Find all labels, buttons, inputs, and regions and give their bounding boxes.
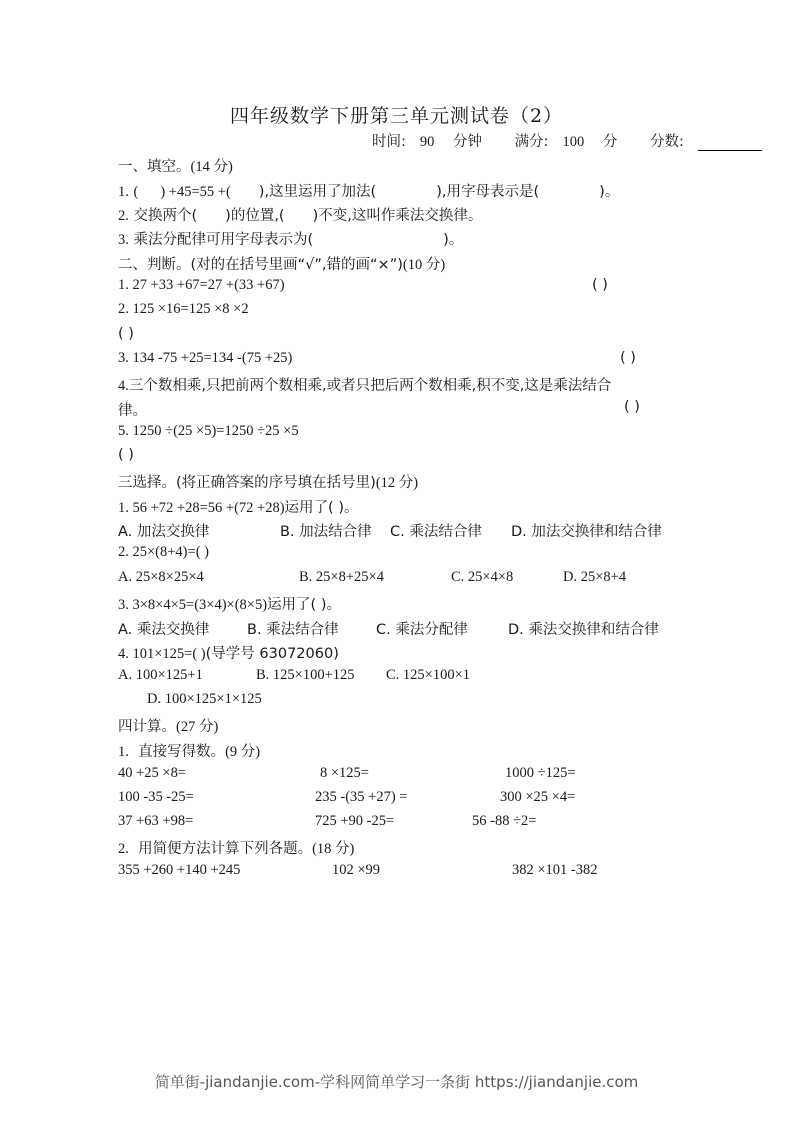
choice-option-1d[interactable]: D. 加法交换律和结合律 bbox=[511, 520, 662, 541]
score-label: 分数: bbox=[650, 134, 684, 150]
judge-answer-4[interactable]: ( ) bbox=[624, 399, 640, 415]
time-unit: 分钟 bbox=[453, 134, 482, 150]
choice-question-2: 2. 25×(8+4)=( ) bbox=[118, 544, 209, 561]
time-value: 90 bbox=[420, 134, 435, 150]
question-text: 三个数相乘,只把前两个数相乘,或者只把后两个数相乘,积不变,这是乘法结合 bbox=[129, 378, 611, 394]
choice-option-3d[interactable]: D. 乘法交换律和结合律 bbox=[508, 618, 659, 639]
fill-question-3: 3. 乘法分配律可用字母表示为()。 bbox=[118, 228, 463, 249]
judge-item-3: 3. 134 -75 +25=134 -(75 +25) bbox=[118, 350, 292, 367]
question-text: 乘法分配律可用字母表示为( bbox=[133, 232, 313, 248]
exam-meta: 时间:90 分钟 满分:100 分 分数: bbox=[372, 130, 776, 151]
judge-item-1: 1. 27 +33 +67=27 +(33 +67) bbox=[118, 277, 285, 294]
question-text: 1. 56 +72 +28=56 +(72 +28) bbox=[118, 500, 285, 516]
judge-item-4: 4.三个数相乘,只把前两个数相乘,或者只把后两个数相乘,积不变,这是乘法结合 bbox=[118, 374, 611, 395]
question-number: 1. bbox=[118, 277, 129, 293]
section-points: (10 分) bbox=[403, 257, 445, 273]
choice-option-1c[interactable]: C. 乘法结合律 bbox=[390, 520, 482, 541]
question-number: 1. bbox=[118, 184, 129, 200]
section3-heading: 三选择。(将正确答案的序号填在括号里)(12 分) bbox=[118, 471, 418, 492]
calc-item: 8 ×125= bbox=[320, 765, 369, 782]
question-number: 5. bbox=[118, 423, 129, 439]
question-text: 125 ×16=125 ×8 ×2 bbox=[133, 301, 249, 317]
question-number: 4. bbox=[118, 378, 129, 394]
judge-item-5: 5. 1250 ÷(25 ×5)=1250 ÷25 ×5 bbox=[118, 423, 299, 440]
footer-watermark: 简单街-jiandanjie.com-学科网简单学习一条街 https://ji… bbox=[0, 1071, 793, 1092]
choice-option-1b[interactable]: B. 加法结合律 bbox=[280, 520, 372, 541]
page-title: 四年级数学下册第三单元测试卷（2） bbox=[0, 101, 793, 128]
question-number: 2. bbox=[118, 301, 129, 317]
choice-option-2b[interactable]: B. 25×8+25×4 bbox=[299, 569, 384, 586]
fill-question-1: 1. () +45=55 +(),这里运用了加法(),用字母表示是()。 bbox=[118, 180, 619, 201]
judge-answer-5[interactable]: ( ) bbox=[118, 447, 134, 463]
fill-question-2: 2. 交换两个()的位置,()不变,这叫作乘法交换律。 bbox=[118, 204, 482, 225]
question-text: 134 -75 +25=134 -(75 +25) bbox=[133, 350, 293, 366]
choice-option-3c[interactable]: C. 乘法分配律 bbox=[376, 618, 468, 639]
choice-option-4c[interactable]: C. 125×100×1 bbox=[386, 667, 470, 684]
question-text: ),用字母表示是( bbox=[436, 184, 539, 200]
question-text: 运用了( )。 bbox=[285, 500, 359, 516]
full-score-info: 满分:100 分 bbox=[515, 134, 632, 150]
judge-answer-3[interactable]: ( ) bbox=[620, 350, 636, 366]
choice-option-3b[interactable]: B. 乘法结合律 bbox=[247, 618, 339, 639]
calc-item: 1000 ÷125= bbox=[505, 765, 576, 782]
section-points: (12 分) bbox=[376, 475, 418, 491]
calc-item: 56 -88 ÷2= bbox=[472, 813, 536, 830]
time-info: 时间:90 分钟 bbox=[372, 134, 496, 150]
choice-option-2c[interactable]: C. 25×4×8 bbox=[451, 569, 513, 586]
section4-heading: 四计算。(27 分) bbox=[118, 715, 218, 736]
question-text: )不变,这叫作乘法交换律。 bbox=[313, 208, 483, 224]
section-title: 一、填空。 bbox=[118, 159, 191, 175]
question-number: 3. bbox=[118, 232, 129, 248]
part-title: 直接写得数。 bbox=[138, 744, 225, 760]
section-points: (27 分) bbox=[176, 719, 218, 735]
choice-option-4b[interactable]: B. 125×100+125 bbox=[256, 667, 355, 684]
part-points: (18 分) bbox=[312, 841, 354, 857]
section-title: 二、判断。(对的在括号里画“√”,错的画“×”) bbox=[118, 257, 403, 273]
full-score-unit: 分 bbox=[603, 134, 618, 150]
question-text: 27 +33 +67=27 +(33 +67) bbox=[133, 277, 285, 293]
question-text: ) +45=55 +( bbox=[160, 184, 230, 200]
calc-part2-heading: 2. 用简便方法计算下列各题。(18 分) bbox=[118, 837, 354, 858]
judge-answer-1[interactable]: ( ) bbox=[592, 277, 608, 293]
part-number: 2. bbox=[118, 841, 129, 857]
section1-heading: 一、填空。(14 分) bbox=[118, 155, 233, 176]
calc-item: 382 ×101 -382 bbox=[512, 862, 598, 879]
question-text: )。 bbox=[599, 184, 619, 200]
question-text: )的位置,( bbox=[225, 208, 284, 224]
judge-answer-2[interactable]: ( ) bbox=[118, 326, 134, 342]
question-number: 2. bbox=[118, 208, 129, 224]
part-number: 1. bbox=[118, 744, 129, 760]
choice-option-4a[interactable]: A. 100×125+1 bbox=[118, 667, 203, 684]
question-text: (导学号 63072060) bbox=[206, 646, 339, 662]
section2-heading: 二、判断。(对的在括号里画“√”,错的画“×”)(10 分) bbox=[118, 253, 445, 274]
calc-item: 235 -(35 +27) = bbox=[315, 789, 407, 806]
choice-question-1: 1. 56 +72 +28=56 +(72 +28)运用了( )。 bbox=[118, 496, 358, 517]
question-text: ),这里运用了加法( bbox=[259, 184, 376, 200]
question-text: 交换两个( bbox=[133, 208, 197, 224]
choice-question-3: 3. 3×8×4×5=(3×4)×(8×5)运用了( )。 bbox=[118, 593, 341, 614]
choice-question-4: 4. 101×125=( )(导学号 63072060) bbox=[118, 642, 339, 663]
section-title: 四计算。 bbox=[118, 719, 176, 735]
judge-item-4-cont: 律。 bbox=[118, 399, 147, 420]
part-title: 用简便方法计算下列各题。 bbox=[138, 841, 312, 857]
calc-part1-heading: 1. 直接写得数。(9 分) bbox=[118, 740, 260, 761]
calc-item: 100 -35 -25= bbox=[118, 789, 194, 806]
choice-option-2a[interactable]: A. 25×8×25×4 bbox=[118, 569, 204, 586]
question-text: 4. 101×125=( ) bbox=[118, 646, 206, 662]
full-score-label: 满分: bbox=[515, 134, 549, 150]
choice-option-2d[interactable]: D. 25×8+4 bbox=[563, 569, 626, 586]
calc-item: 37 +63 +98= bbox=[118, 813, 193, 830]
time-label: 时间: bbox=[372, 134, 406, 150]
question-text: 3. 3×8×4×5=(3×4)×(8×5) bbox=[118, 597, 267, 613]
question-text: 1250 ÷(25 ×5)=1250 ÷25 ×5 bbox=[133, 423, 299, 439]
part-points: (9 分) bbox=[225, 744, 260, 760]
judge-item-2: 2. 125 ×16=125 ×8 ×2 bbox=[118, 301, 249, 318]
choice-option-3a[interactable]: A. 乘法交换律 bbox=[118, 618, 209, 639]
choice-option-4d[interactable]: D. 100×125×1×125 bbox=[147, 691, 262, 708]
question-text: )。 bbox=[443, 232, 463, 248]
score-info: 分数: bbox=[650, 134, 776, 150]
calc-item: 355 +260 +140 +245 bbox=[118, 862, 240, 879]
section-points: (14 分) bbox=[191, 159, 233, 175]
blank-open: ( bbox=[133, 184, 138, 200]
question-number: 3. bbox=[118, 350, 129, 366]
full-score-value: 100 bbox=[563, 134, 585, 150]
section-title: 三选择。(将正确答案的序号填在括号里) bbox=[118, 475, 376, 491]
calc-item: 300 ×25 ×4= bbox=[500, 789, 575, 806]
calc-item: 725 +90 -25= bbox=[315, 813, 394, 830]
choice-option-1a[interactable]: A. 加法交换律 bbox=[118, 520, 209, 541]
calc-item: 102 ×99 bbox=[332, 862, 380, 879]
score-blank[interactable] bbox=[698, 136, 762, 151]
question-text: 运用了( )。 bbox=[267, 597, 341, 613]
calc-item: 40 +25 ×8= bbox=[118, 765, 186, 782]
